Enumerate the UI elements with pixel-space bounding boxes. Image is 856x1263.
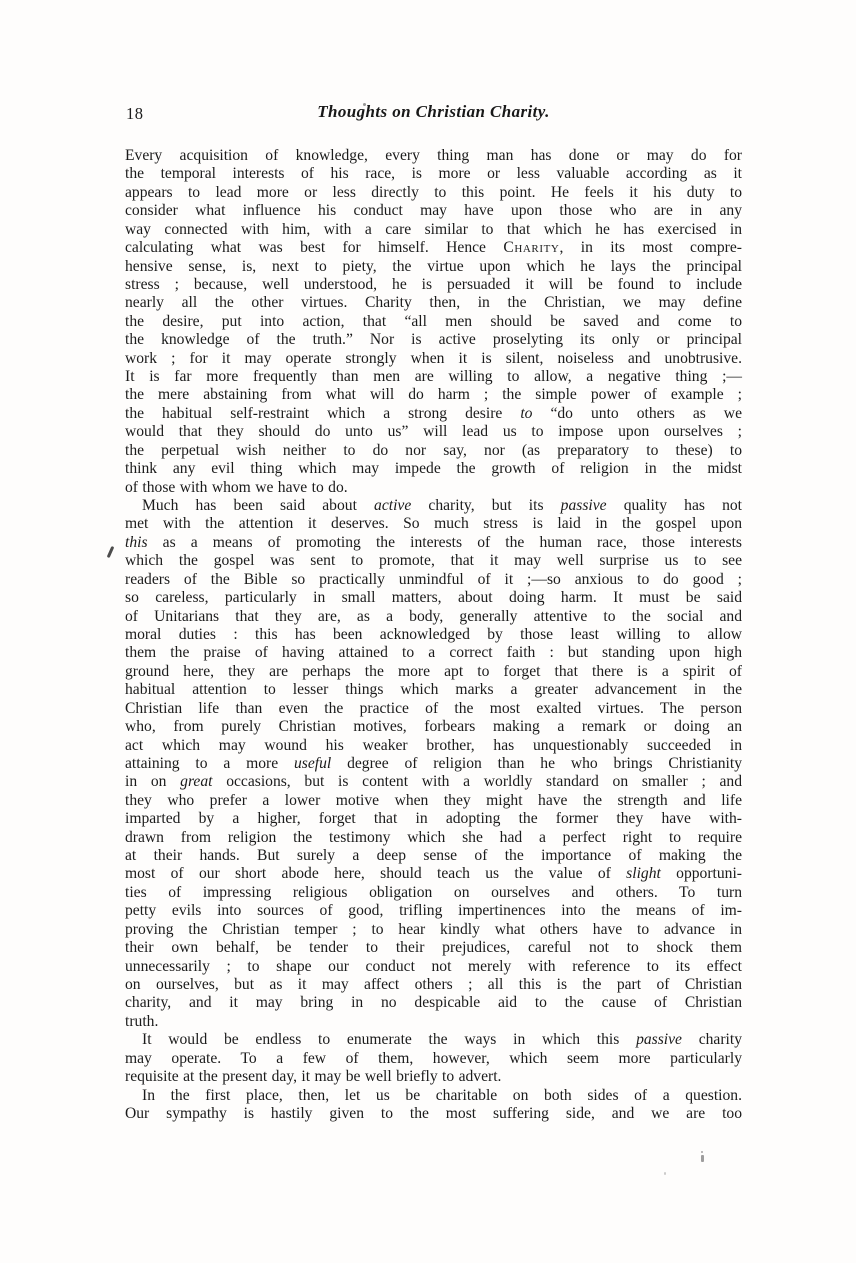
text-line: stress ; because, well understood, he is… [125,276,742,294]
text-line: of Unitarians that they are, as a body, … [125,608,742,626]
text-line: this as a means of promoting the interes… [125,534,742,552]
text-line: they who prefer a lower motive when they… [125,792,742,810]
text-line: met with the attention it deserves. So m… [125,515,742,533]
text-line: the knowledge of the truth.” Nor is acti… [125,331,742,349]
text-line: so careless, particularly in small matte… [125,589,742,607]
text-line: at their hands. But surely a deep sense … [125,847,742,865]
text-line: the desire, put into action, that “all m… [125,313,742,331]
text-line: Our sympathy is hastily given to the mos… [125,1105,742,1123]
text-line: the habitual self-restraint which a stro… [125,405,742,423]
text-line: requisite at the present day, it may be … [125,1068,742,1086]
paragraph: In the first place, then, let us be char… [125,1087,742,1124]
text-line: them the praise of having attained to a … [125,644,742,662]
text-line: hensive sense, is, next to piety, the vi… [125,258,742,276]
italic-text: slight [626,865,661,882]
text-line: the temporal interests of his race, is m… [125,165,742,183]
text-line: who, from purely Christian motives, forb… [125,718,742,736]
text-line: would that they should do unto us” will … [125,423,742,441]
paragraph: It would be endless to enumerate the way… [125,1031,742,1086]
text-line: Much has been said about active charity,… [125,497,742,515]
text-line: most of our short abode here, should tea… [125,865,742,883]
text-line: way connected with him, with a care simi… [125,221,742,239]
text-line: appears to lead more or less directly to… [125,184,742,202]
italic-text: useful [294,755,331,772]
text-line: consider what influence his conduct may … [125,202,742,220]
text-line: think any evil thing which may impede th… [125,460,742,478]
text-line: It is far more frequently than men are w… [125,368,742,386]
text-line: the perpetual wish neither to do nor say… [125,442,742,460]
italic-text: to [520,405,532,422]
ink-speck [701,1155,704,1162]
text-line: attaining to a more useful degree of rel… [125,755,742,773]
text-line: In the first place, then, let us be char… [125,1087,742,1105]
text-line: proving the Christian temper ; to hear k… [125,921,742,939]
text-line: in on great occasions, but is content wi… [125,773,742,791]
handwritten-tick-mark [107,546,115,558]
text-line: Every acquisition of knowledge, every th… [125,147,742,165]
text-line: moral duties : this has been acknowledge… [125,626,742,644]
text-line: readers of the Bible so practically unmi… [125,571,742,589]
ink-speck [363,103,366,106]
italic-text: passive [561,497,607,514]
text-line: Christian life than even the practice of… [125,700,742,718]
paragraph: Much has been said about active charity,… [125,497,742,1031]
text-line: act which may wound his weaker brother, … [125,737,742,755]
text-line: of those with whom we have to do. [125,479,742,497]
text-line: which the gospel was sent to promote, th… [125,552,742,570]
text-line: charity, and it may bring in no despicab… [125,994,742,1012]
text-line: may operate. To a few of them, however, … [125,1050,742,1068]
paragraph: Every acquisition of knowledge, every th… [125,147,742,497]
running-title: Thoughts on Christian Charity. [125,102,742,122]
text-line: drawn from religion the testimony which … [125,829,742,847]
text-line: nearly all the other virtues. Charity th… [125,294,742,312]
text-line: the mere abstaining from what will do ha… [125,386,742,404]
italic-text: active [374,497,411,514]
text-line: truth. [125,1013,742,1031]
text-line: imparted by a higher, forget that in ado… [125,810,742,828]
italic-text: this [125,534,148,551]
ink-speck [664,1172,666,1175]
italic-text: great [180,773,212,790]
text-line: habitual attention to lesser things whic… [125,681,742,699]
text-line: ground here, they are perhaps the more a… [125,663,742,681]
text-line: on ourselves, but as it may affect other… [125,976,742,994]
small-caps-text: Charity [503,239,559,256]
text-line: unnecessarily ; to shape our conduct not… [125,958,742,976]
italic-text: passive [636,1031,682,1048]
text-line: work ; for it may operate strongly when … [125,350,742,368]
body-text-block: Every acquisition of knowledge, every th… [125,147,742,1123]
text-line: their own behalf, be tender to their pre… [125,939,742,957]
text-line: petty evils into sources of good, trifli… [125,902,742,920]
text-line: ties of impressing religious obligation … [125,884,742,902]
text-line: It would be endless to enumerate the way… [125,1031,742,1049]
ink-speck [701,1151,703,1153]
scanned-book-page: 18 Thoughts on Christian Charity. Every … [0,0,856,1263]
text-line: calculating what was best for himself. H… [125,239,742,257]
